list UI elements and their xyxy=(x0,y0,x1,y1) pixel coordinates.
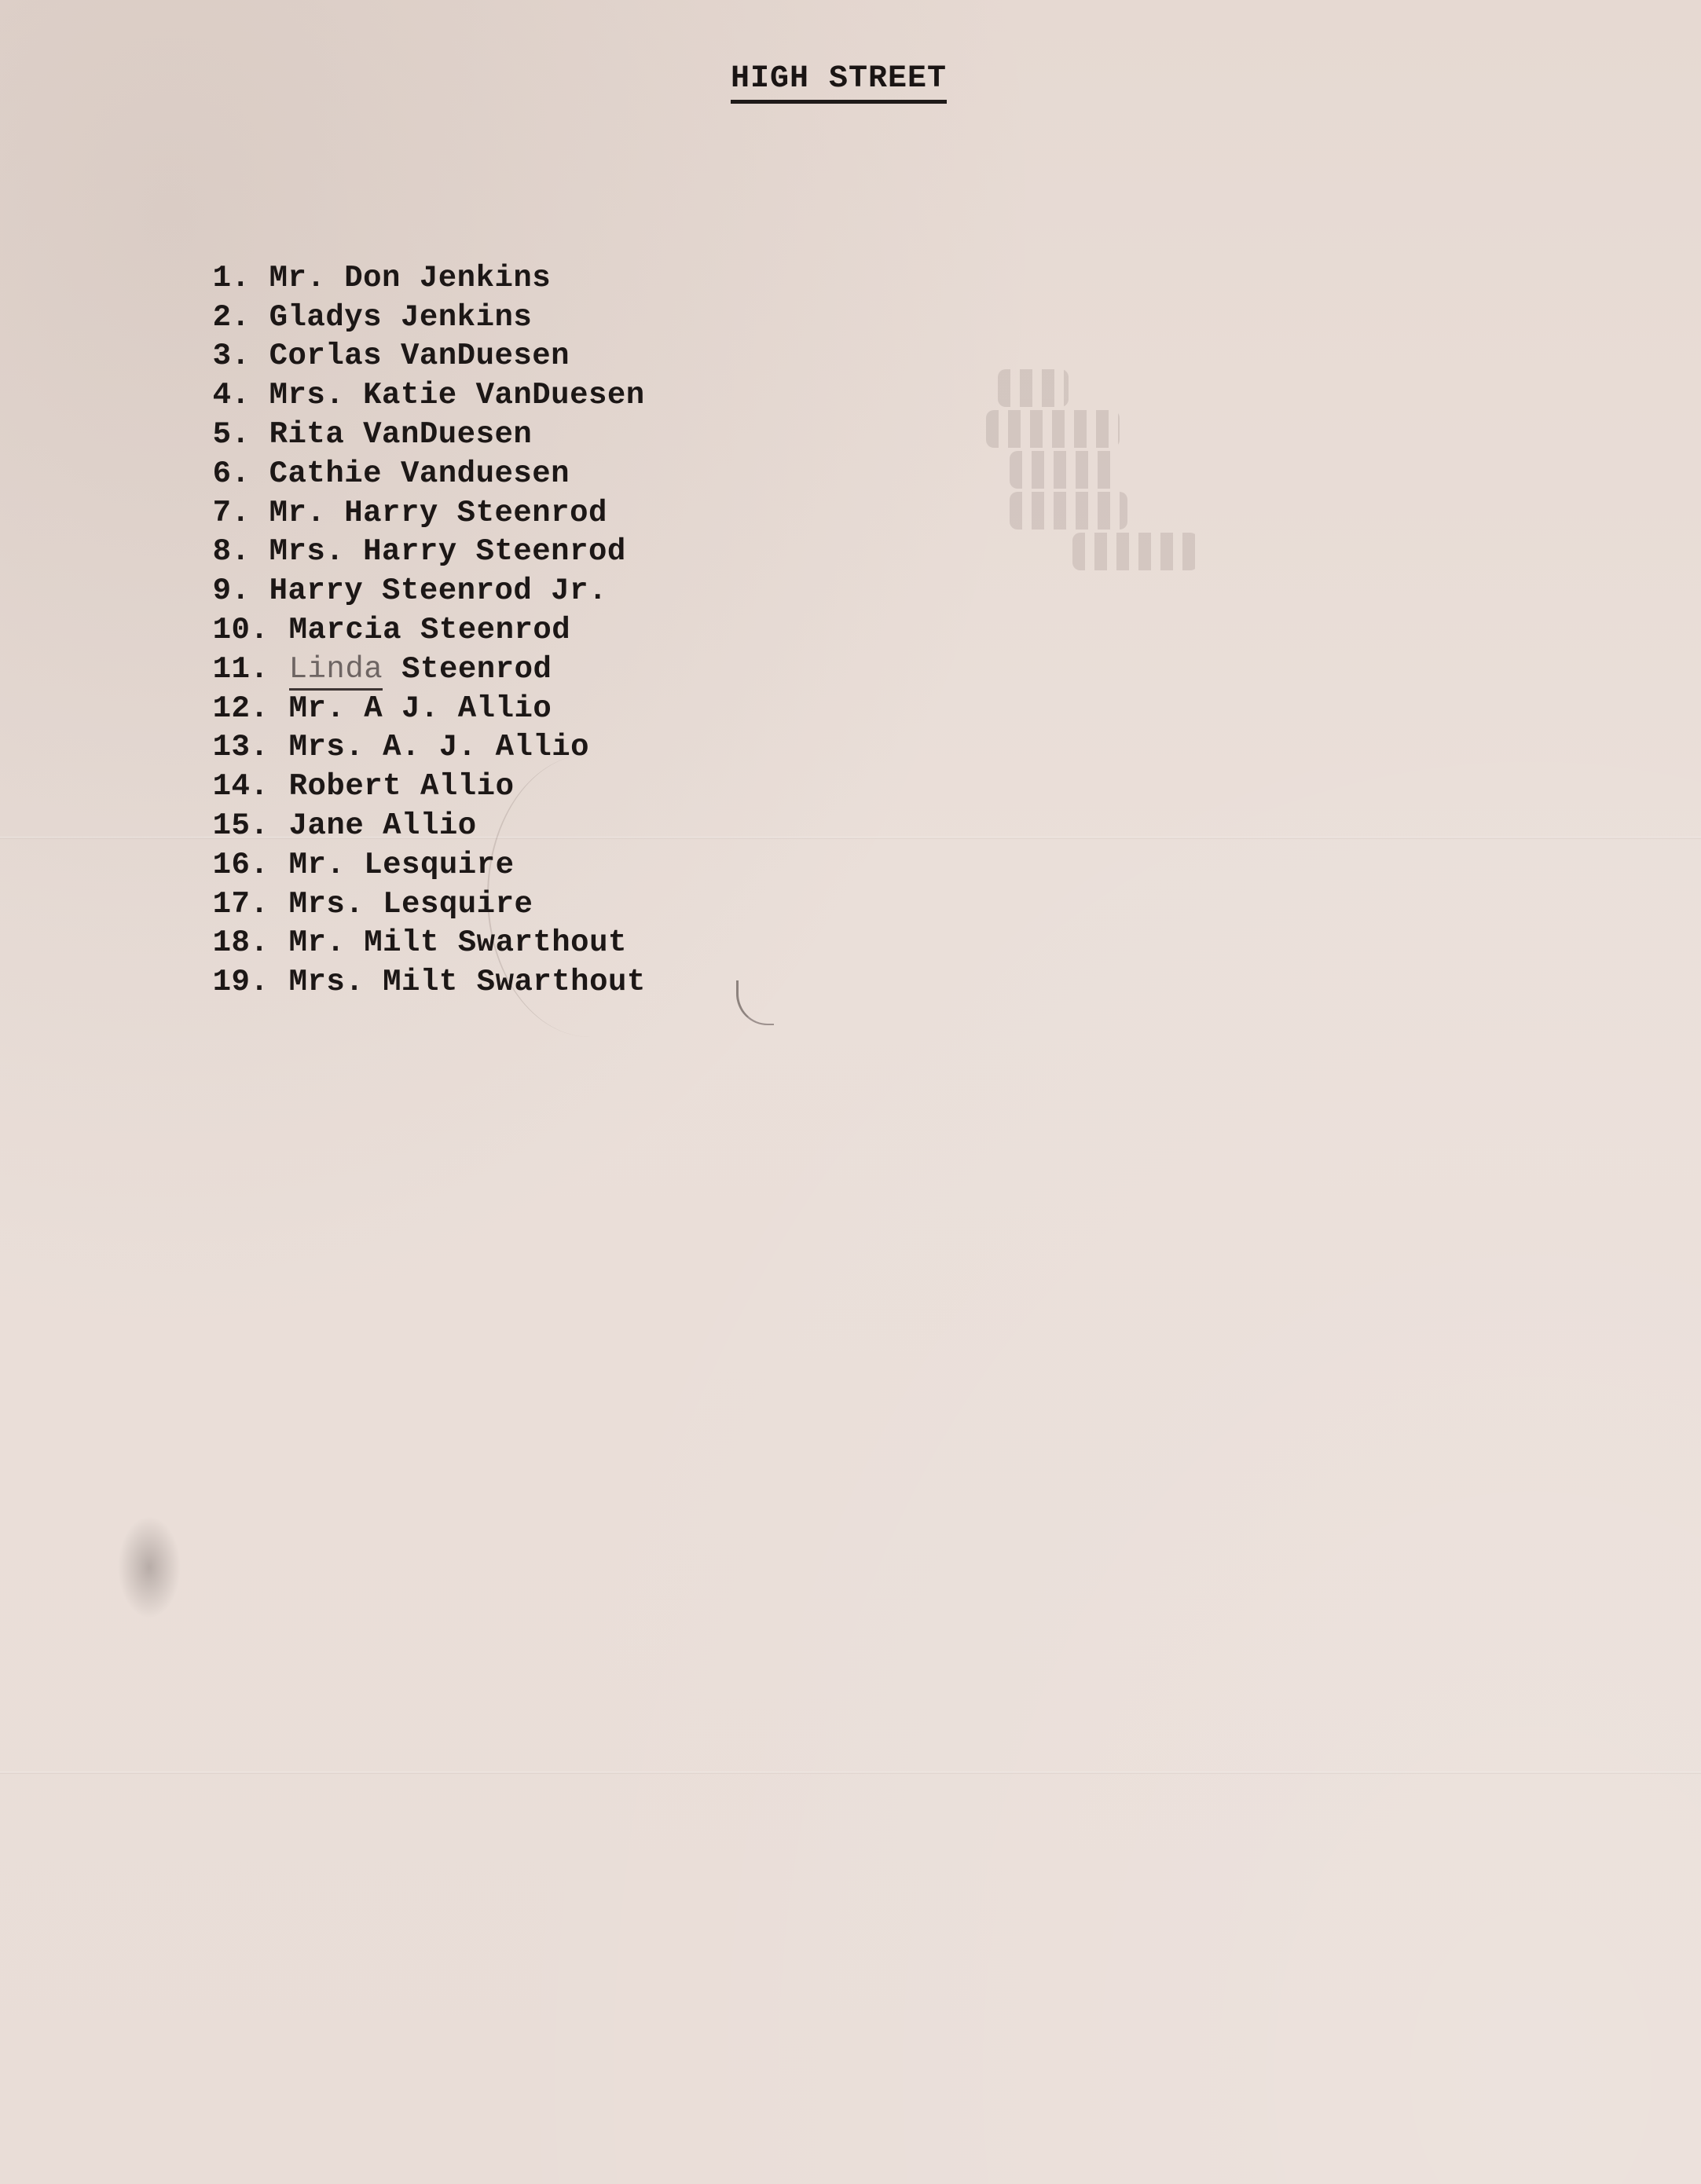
item-name: Mrs. Harry Steenrod xyxy=(269,534,626,569)
item-number: 18. xyxy=(213,924,289,963)
document-title: HIGH STREET xyxy=(0,61,1701,104)
item-number: 6. xyxy=(213,455,269,494)
item-number: 8. xyxy=(213,533,269,572)
item-number: 14. xyxy=(213,768,289,807)
item-number: 16. xyxy=(213,846,289,885)
item-name: Mrs. Lesquire xyxy=(289,887,533,922)
fold-line xyxy=(0,1772,1701,1774)
item-name: Mrs. Katie VanDuesen xyxy=(269,378,645,412)
item-number: 19. xyxy=(213,963,289,1002)
item-name: Mrs. A. J. Allio xyxy=(289,730,589,764)
item-number: 7. xyxy=(213,494,269,533)
stray-mark xyxy=(736,980,774,1025)
title-text: HIGH STREET xyxy=(731,61,947,104)
item-name: Mr. Harry Steenrod xyxy=(269,496,607,530)
item-number: 9. xyxy=(213,572,269,611)
item-name: Mrs. Milt Swarthout xyxy=(289,965,646,999)
item-number: 2. xyxy=(213,299,269,338)
item-number: 11. xyxy=(213,650,289,690)
list-item: 1.Mr. Don Jenkins xyxy=(137,220,646,259)
name-list: 1.Mr. Don Jenkins 2.Gladys Jenkins 3.Cor… xyxy=(137,220,646,963)
item-number: 15. xyxy=(213,807,289,846)
item-name: Mr. Lesquire xyxy=(289,848,515,882)
item-name: Steenrod xyxy=(401,652,552,687)
item-number: 4. xyxy=(213,376,269,416)
item-number: 17. xyxy=(213,885,289,925)
item-name: Corlas VanDuesen xyxy=(269,339,570,373)
item-name: Mr. A J. Allio xyxy=(289,691,552,726)
item-number: 3. xyxy=(213,337,269,376)
item-number: 1. xyxy=(213,259,269,299)
item-number: 5. xyxy=(213,416,269,455)
item-number: 12. xyxy=(213,690,289,729)
bleed-through-text xyxy=(986,369,1222,573)
item-name: Mr. Don Jenkins xyxy=(269,261,552,295)
item-name: Mr. Milt Swarthout xyxy=(289,925,627,960)
smudge-stain xyxy=(118,1516,181,1618)
item-number: 13. xyxy=(213,728,289,768)
item-name: Harry Steenrod Jr. xyxy=(269,573,607,608)
item-name: Robert Allio xyxy=(289,769,515,804)
paper-sheet: HIGH STREET 1.Mr. Don Jenkins 2.Gladys J… xyxy=(0,0,1701,2184)
item-name: Gladys Jenkins xyxy=(269,300,533,335)
item-name: Marcia Steenrod xyxy=(289,613,571,647)
item-name: Cathie Vanduesen xyxy=(269,456,570,491)
handwritten-name: Linda xyxy=(289,652,383,691)
item-name: Rita VanDuesen xyxy=(269,417,533,452)
item-name: Jane Allio xyxy=(289,808,477,843)
item-number: 10. xyxy=(213,611,289,650)
